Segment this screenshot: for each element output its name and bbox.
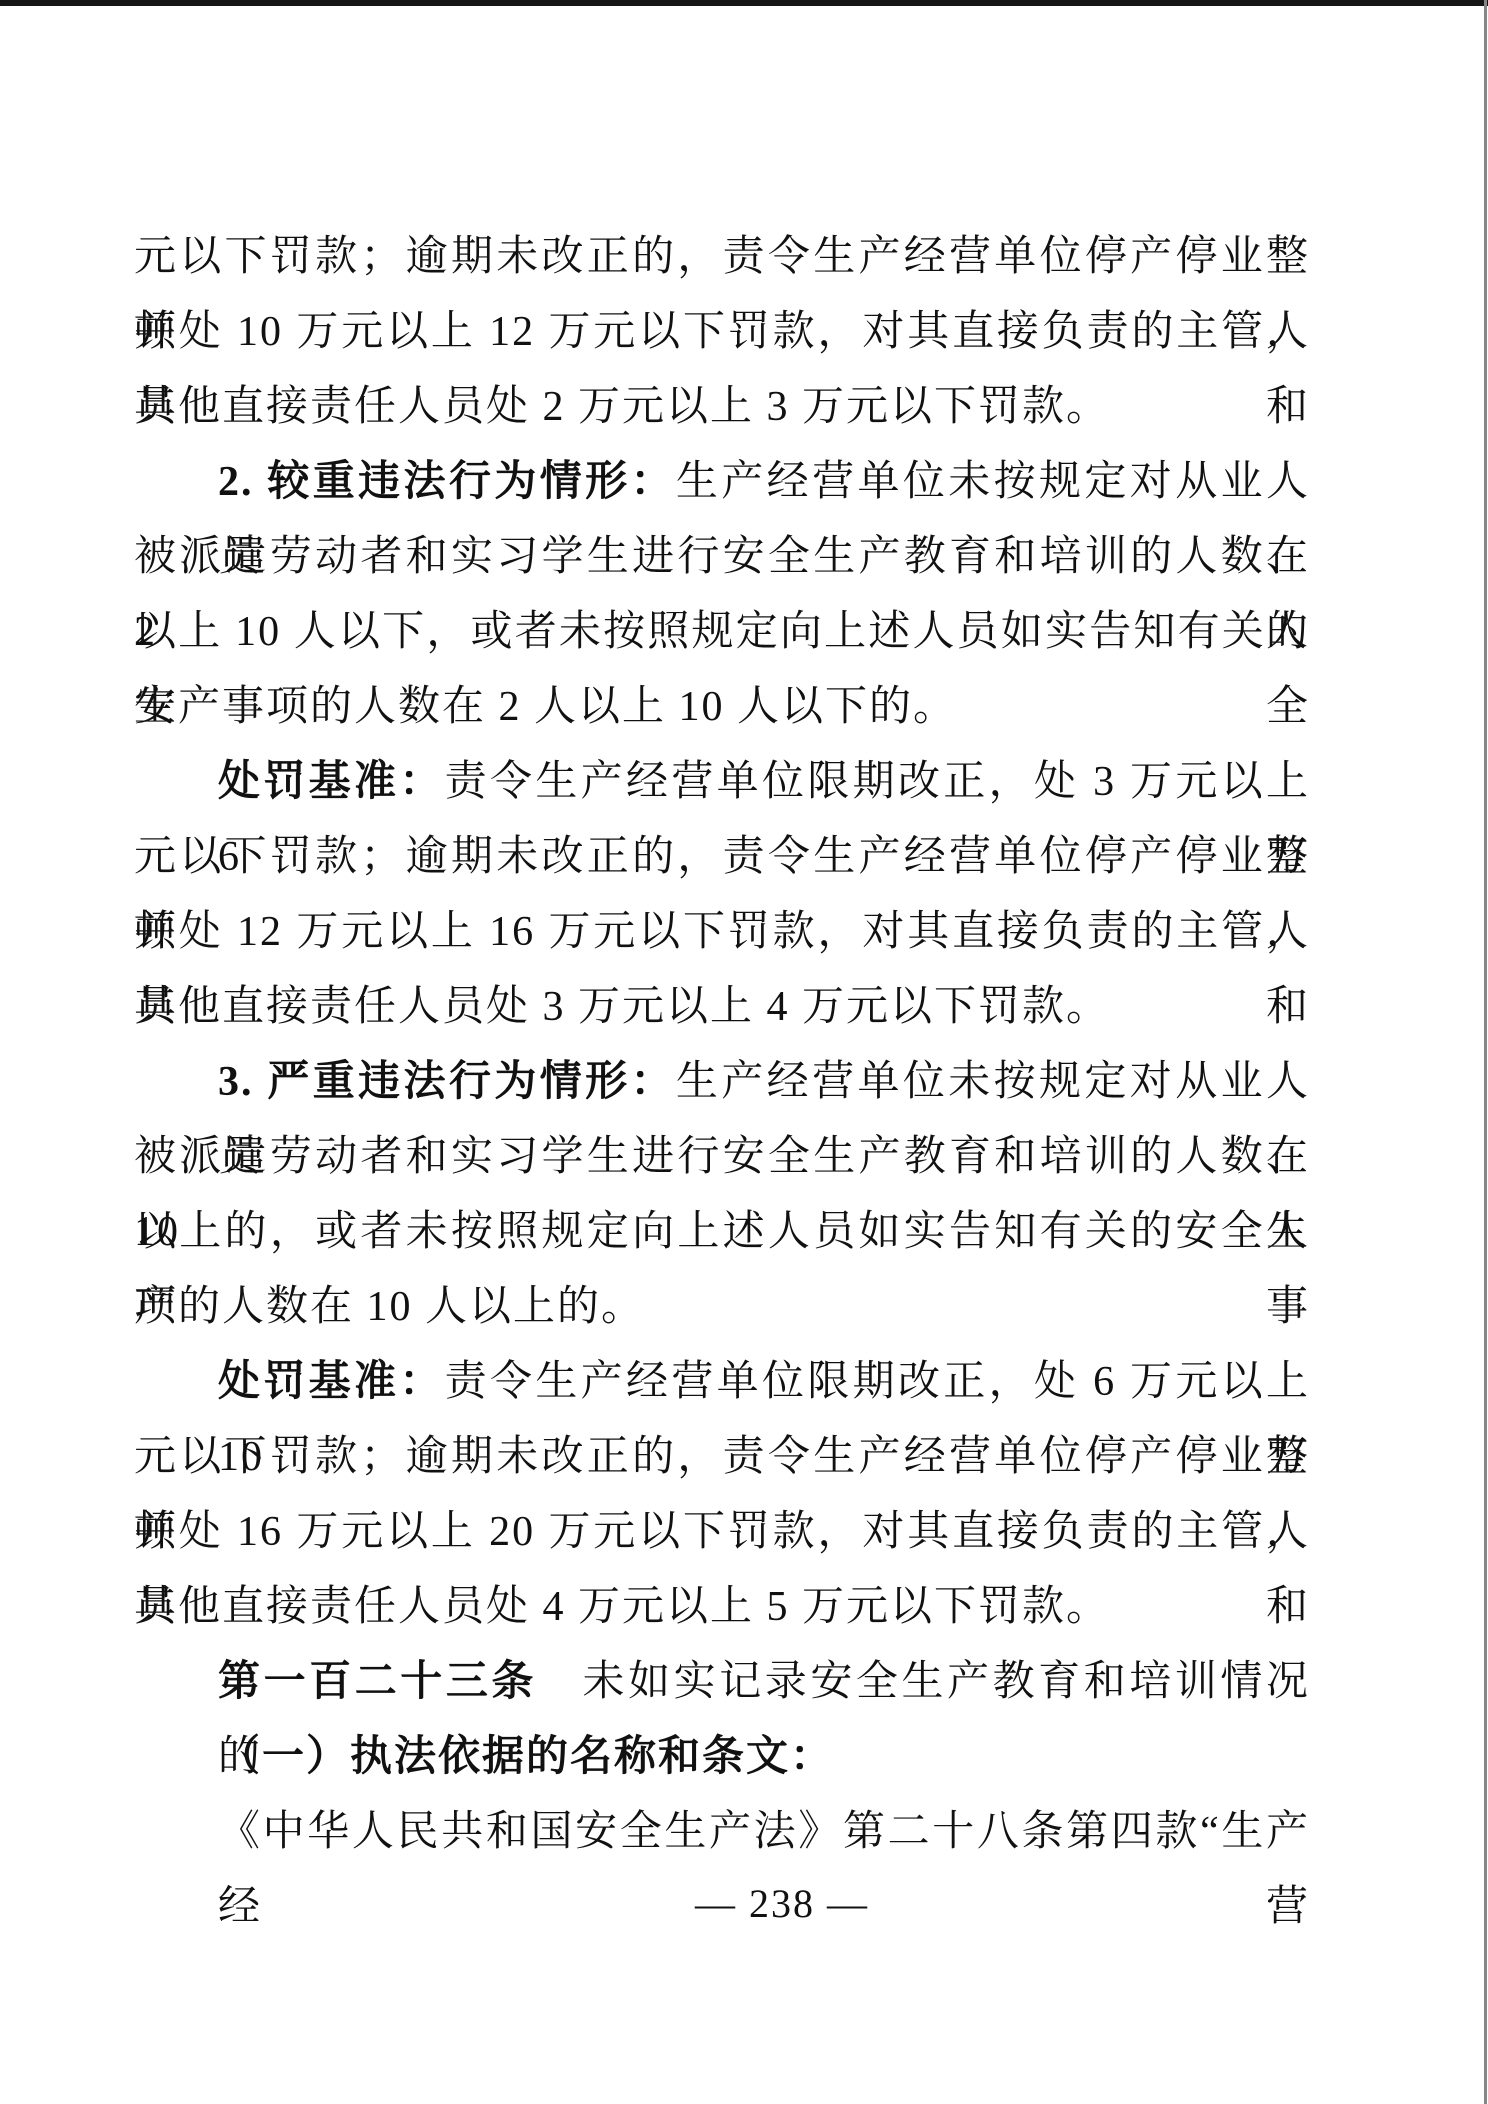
bold-run: 3. 严重违法行为情形： [218,1059,676,1105]
bold-run: （一）执法依据的名称和条文： [218,1734,834,1780]
scan-top-edge-bar [0,0,1488,6]
text-line: 2. 较重违法行为情形：生产经营单位未按规定对从业人员、 [134,445,1310,520]
section-heading-line: （一）执法依据的名称和条文： [134,1720,1310,1795]
text-line: 被派遣劳动者和实习学生进行安全生产教育和培训的人数在 2 人 [134,520,1310,595]
text-line: 以上 10 人以下，或者未按照规定向上述人员如实告知有关的安全 [134,595,1310,670]
scan-right-edge-line [1484,0,1487,2104]
page-number: — 238 — [695,1881,869,1926]
text-run: 项的人数在 10 人以上的。 [134,1284,645,1330]
bold-run: 2. 较重违法行为情形： [218,459,676,505]
text-line: 并处 10 万元以上 12 万元以下罚款，对其直接负责的主管人员和 [134,295,1310,370]
text-line: 并处 16 万元以上 20 万元以下罚款，对其直接负责的主管人员和 [134,1495,1310,1570]
bold-run: 处罚基准： [218,759,445,805]
text-run: 生产事项的人数在 2 人以上 10 人以下的。 [134,684,957,730]
text-run: 其他直接责任人员处 3 万元以上 4 万元以下罚款。 [134,984,1110,1030]
text-line: 以上的，或者未按照规定向上述人员如实告知有关的安全生产事 [134,1195,1310,1270]
document-page: 元以下罚款；逾期未改正的，责令生产经营单位停产停业整顿， 并处 10 万元以上 … [0,0,1488,2104]
article-number-bold-run: 第一百二十三条 [218,1659,537,1705]
article-heading-line: 第一百二十三条 未如实记录安全生产教育和培训情况的 [134,1645,1310,1720]
document-body: 元以下罚款；逾期未改正的，责令生产经营单位停产停业整顿， 并处 10 万元以上 … [134,220,1310,1870]
bold-run: 处罚基准： [218,1359,445,1405]
text-line: 3. 严重违法行为情形：生产经营单位未按规定对从业人员、 [134,1045,1310,1120]
text-run: 其他直接责任人员处 4 万元以上 5 万元以下罚款。 [134,1584,1110,1630]
text-line: 元以下罚款；逾期未改正的，责令生产经营单位停产停业整顿， [134,220,1310,295]
text-line: 并处 12 万元以上 16 万元以下罚款，对其直接负责的主管人员和 [134,895,1310,970]
page-footer: — 238 — [38,1880,1488,1927]
text-line: 处罚基准：责令生产经营单位限期改正，处 3 万元以上 6 万 [134,745,1310,820]
text-run: 其他直接责任人员处 2 万元以上 3 万元以下罚款。 [134,384,1110,430]
text-line: 《中华人民共和国安全生产法》第二十八条第四款“生产经营 [134,1795,1310,1870]
text-line: 处罚基准：责令生产经营单位限期改正，处 6 万元以上 10 万 [134,1345,1310,1420]
text-line: 被派遣劳动者和实习学生进行安全生产教育和培训的人数在 10 人 [134,1120,1310,1195]
text-line: 元以下罚款；逾期未改正的，责令生产经营单位停产停业整顿， [134,820,1310,895]
text-line: 元以下罚款；逾期未改正的，责令生产经营单位停产停业整顿， [134,1420,1310,1495]
